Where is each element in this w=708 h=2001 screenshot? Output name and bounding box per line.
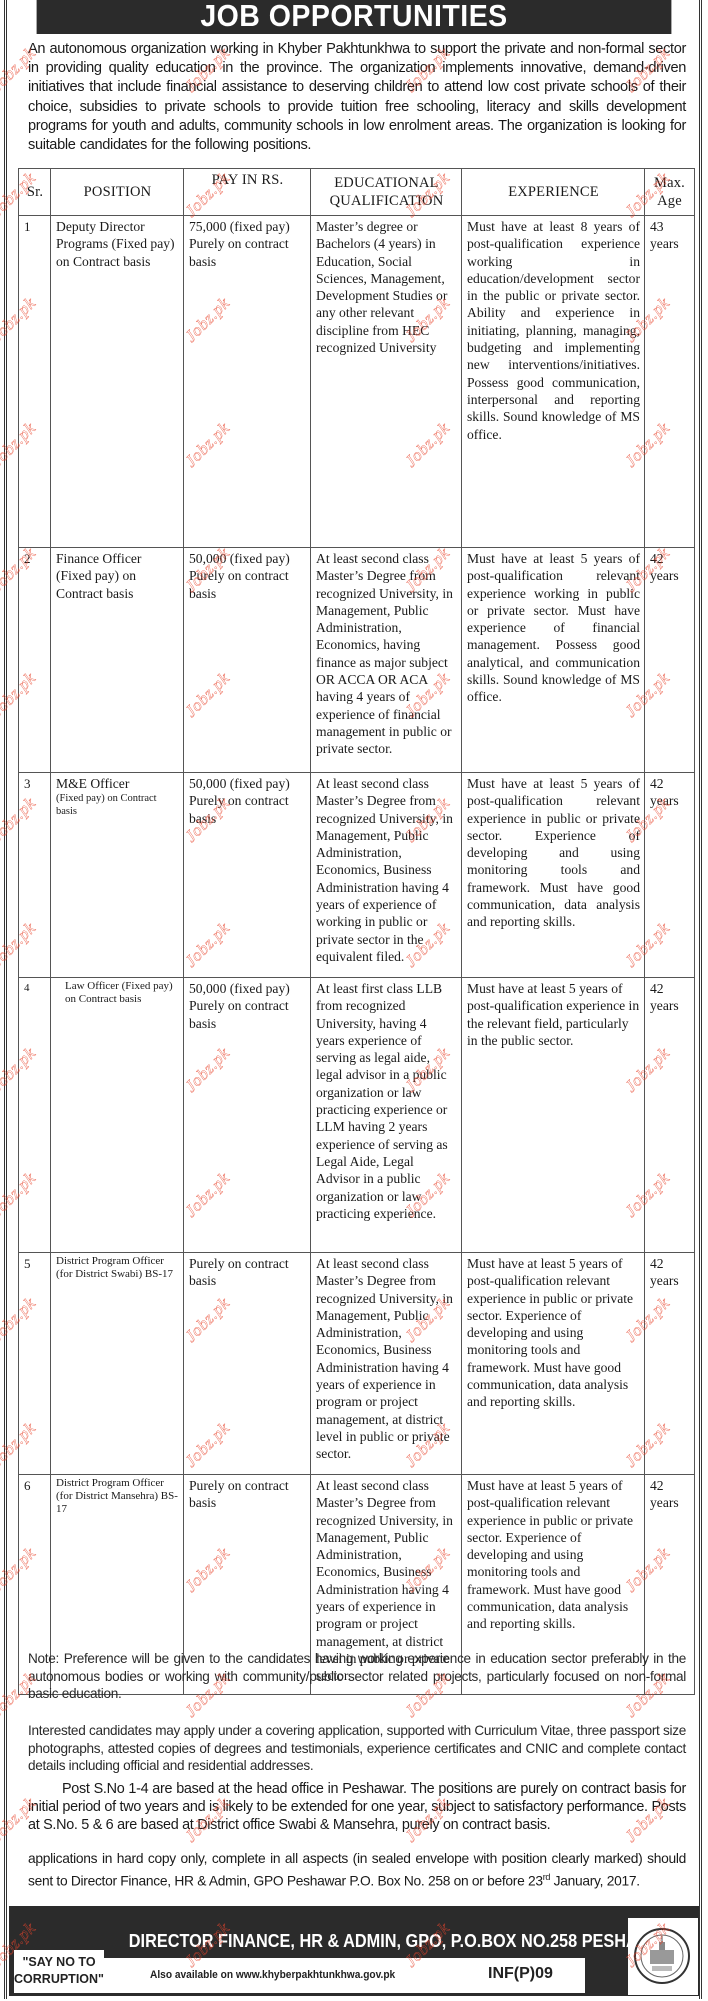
cell-age: 42 years [645,773,695,978]
cell-sr: 2 [19,548,51,773]
website-line: Also available on www.khyberpakhtunkhwa.… [150,1969,395,1981]
cell-experience: Must have at least 5 years of post-quali… [462,1253,645,1475]
intro-paragraph: An autonomous organization working in Kh… [28,40,686,155]
cell-pay: 75,000 (fixed pay) Purely on contract ba… [184,216,311,548]
position-title: M&E Officer [56,775,179,792]
cell-experience: Must have at least 5 years of post-quali… [462,773,645,978]
cell-sr: 4 [19,978,51,1253]
cell-sr: 3 [19,773,51,978]
table-row: 1 Deputy Director Programs (Fixed pay) o… [19,216,695,548]
position-subtitle: (Fixed pay) on Contract basis [56,792,179,818]
cell-education: At least second class Master’s Degree fr… [311,548,462,773]
cell-position: Deputy Director Programs (Fixed pay) on … [51,216,184,548]
application-instructions: Interested candidates may apply under a … [28,1722,686,1775]
cell-age: 42 years [645,548,695,773]
cell-position: District Program Officer (for District S… [51,1253,184,1475]
header-age: Max. Age [645,169,695,216]
table-row: 3 M&E Officer (Fixed pay) on Contract ba… [19,773,695,978]
cell-pay: 50,000 (fixed pay) Purely on contract ba… [184,978,311,1253]
cell-education: At least first class LLB from recognized… [311,978,462,1253]
cell-pay: 50,000 (fixed pay) Purely on contract ba… [184,773,311,978]
cell-age: 42 years [645,978,695,1253]
cell-experience: Must have at least 8 years of post-quali… [462,216,645,548]
table-header-row: Sr. POSITION PAY IN RS. EDUCATIONAL QUAL… [19,169,695,216]
header-sr: Sr. [19,169,51,216]
cell-pay: Purely on contract basis [184,1253,311,1475]
header-education: EDUCATIONAL QUALIFICATION [311,169,462,216]
cell-position: M&E Officer (Fixed pay) on Contract basi… [51,773,184,978]
posting-details: Post S.No 1-4 are based at the head offi… [28,1780,686,1834]
reference-number: INF(P)09 [488,1965,553,1983]
submission-deadline: January, 2017. [550,1874,640,1889]
header-experience: EXPERIENCE [462,169,645,216]
table-row: 2 Finance Officer (Fixed pay) on Contrac… [19,548,695,773]
cell-position: Law Officer (Fixed pay) on Contract basi… [51,978,184,1253]
table-row: 5 District Program Officer (for District… [19,1253,695,1475]
preference-note: Note: Preference will be given to the ca… [28,1650,686,1703]
cell-age: 42 years [645,1253,695,1475]
positions-table: Sr. POSITION PAY IN RS. EDUCATIONAL QUAL… [18,168,695,1695]
table-row: 4 Law Officer (Fixed pay) on Contract ba… [19,978,695,1253]
cell-education: At least second class Master’s Degree fr… [311,1253,462,1475]
cell-sr: 1 [19,216,51,548]
kp-government-seal-icon [632,1924,692,1988]
header-position: POSITION [51,169,184,216]
cell-experience: Must have at least 5 years of post-quali… [462,548,645,773]
submission-details: applications in hard copy only, complete… [28,1850,686,1891]
cell-position: Finance Officer (Fixed pay) on Contract … [51,548,184,773]
footer-address: DIRECTOR FINANCE, HR & ADMIN, GPO, P.O.B… [129,1930,551,1952]
anti-corruption-slogan: "SAY NO TO CORRUPTION" [14,1950,104,1993]
posting-text: Post S.No 1-4 are based at the head offi… [28,1780,686,1834]
page-title: JOB OPPORTUNITIES [37,0,672,34]
cell-education: Master’s degree or Bachelors (4 years) i… [311,216,462,548]
cell-pay: 50,000 (fixed pay) Purely on contract ba… [184,548,311,773]
cell-age: 43 years [645,216,695,548]
cell-experience: Must have at least 5 years of post-quali… [462,978,645,1253]
cell-sr: 5 [19,1253,51,1475]
cell-education: At least second class Master’s Degree fr… [311,773,462,978]
header-pay: PAY IN RS. [184,169,311,216]
